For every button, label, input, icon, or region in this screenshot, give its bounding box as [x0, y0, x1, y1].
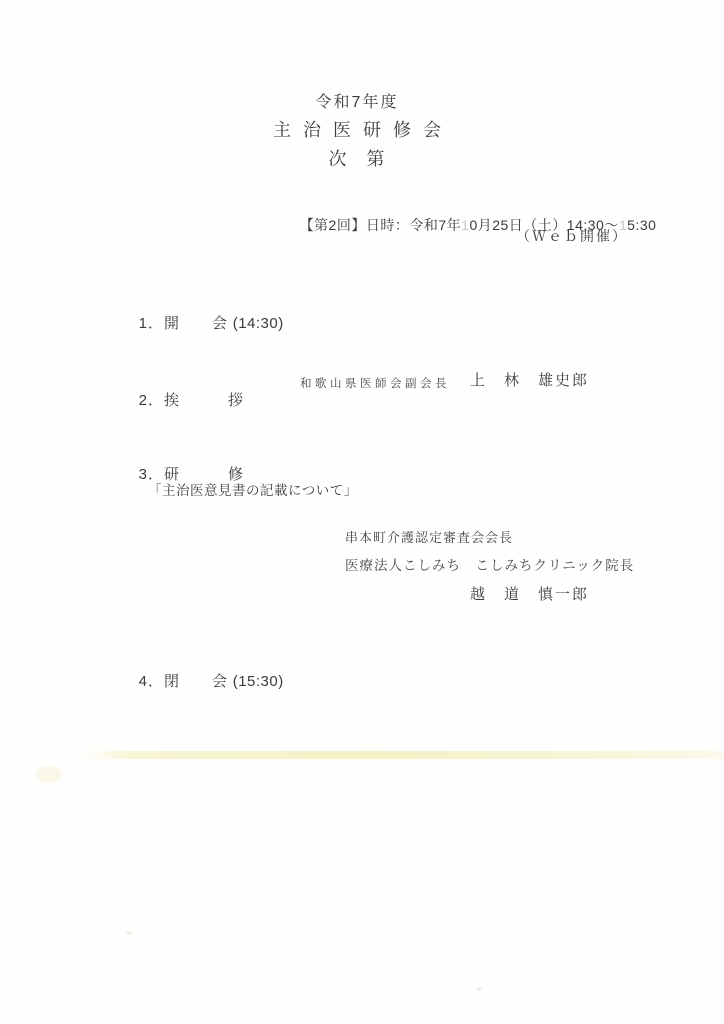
- item-label: 挨 拶: [164, 392, 244, 409]
- item-number: 3．: [139, 466, 164, 483]
- item-label: 閉 会: [164, 673, 228, 690]
- title-fiscal-year: 令和7年度: [0, 90, 714, 116]
- greeting-speaker-name: 上 林 雄史郎: [470, 372, 589, 391]
- lecture-title: 「主治医意見書の記載について」: [148, 483, 358, 500]
- item-number: 1．: [139, 315, 164, 332]
- item-number: 4．: [139, 673, 164, 690]
- agenda-item-greeting: 2．挨 拶: [118, 373, 244, 429]
- scan-artifact-speck: [477, 987, 482, 991]
- venue-line: （Ｗｅｂ開催）: [516, 228, 628, 246]
- item-number: 2．: [139, 392, 164, 409]
- session-number-and-date: 【第2回】日時：令和7年: [300, 217, 462, 233]
- title-agenda-label: 次 第: [0, 145, 714, 173]
- item-time-value: (15:30): [233, 673, 284, 690]
- scan-artifact-blob: [36, 766, 62, 783]
- scanned-agenda-page: 令和7年度 主治医研修会 次 第 【第2回】日時：令和7年10月25日（土）14…: [0, 0, 724, 1024]
- greeting-speaker-org: 和歌山県医師会副会長: [300, 377, 450, 391]
- presenter-title-line1: 串本町介護認定審査会会長: [345, 530, 513, 546]
- document-title-block: 令和7年度 主治医研修会 次 第: [0, 90, 714, 173]
- presenter-name: 越 道 慎一郎: [470, 586, 589, 605]
- agenda-item-closing: 4．閉 会 (15:30): [118, 654, 284, 710]
- scan-artifact-speck: [126, 931, 132, 935]
- item-label: 研 修: [164, 466, 244, 483]
- scan-artifact-yellow-streak: [82, 751, 724, 759]
- item-label: 開 会: [164, 315, 228, 332]
- presenter-title-line2: 医療法人こしみち こしみちクリニック院長: [345, 558, 634, 575]
- session-end-time: 5:30: [627, 217, 656, 233]
- item-time-value: (14:30): [233, 315, 284, 332]
- agenda-item-opening: 1．開 会 (14:30): [118, 296, 284, 352]
- title-event-name: 主治医研修会: [0, 116, 714, 144]
